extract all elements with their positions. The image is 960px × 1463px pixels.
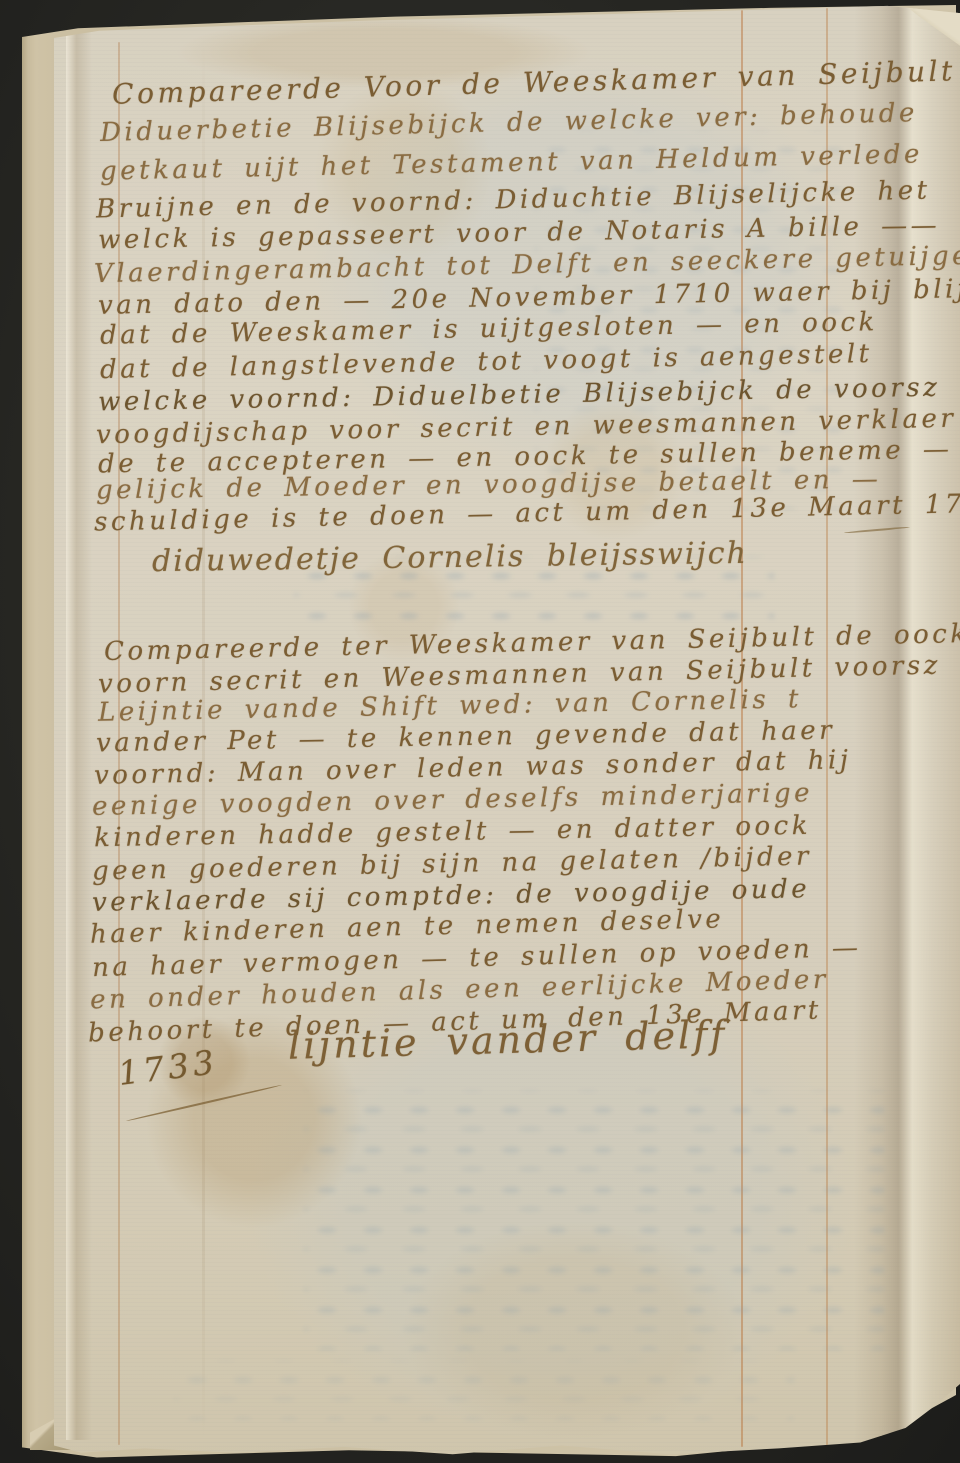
left-crease [66,30,92,1440]
ink-showthrough [174,1360,794,1420]
ink-showthrough [304,1090,884,1350]
scanned-archive-photo: { "document": { "kind_label": "handwritt… [0,0,960,1463]
